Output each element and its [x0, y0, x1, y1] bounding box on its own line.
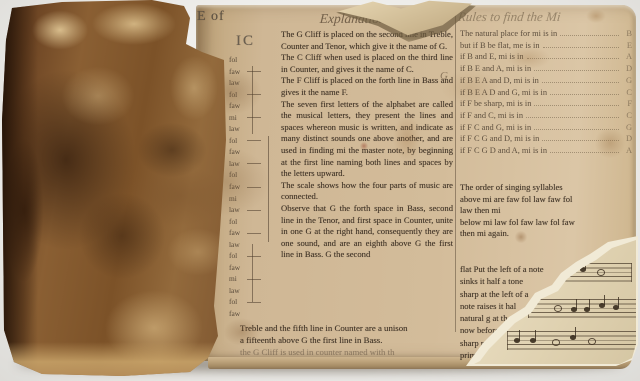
rule-letter: A [622, 145, 632, 157]
rule-leader [542, 140, 619, 141]
rule-row: The natural place for mi is inB [460, 28, 632, 40]
book-photograph: E of IC folfawlawfolfawmilawfolfawlawfol… [0, 0, 640, 381]
music-note [613, 305, 619, 310]
scale-syllable: fol [229, 54, 255, 66]
rule-leader [550, 94, 619, 95]
rule-text: The natural place for mi is in [460, 28, 557, 40]
rule-leader [560, 35, 619, 36]
rule-text: if F C and G, mi is in [460, 122, 531, 134]
column-divider [455, 12, 456, 332]
rule-letter: E [622, 40, 632, 52]
music-note [530, 338, 536, 343]
leather-cover [2, 0, 230, 378]
scale-ladder-line [268, 136, 269, 242]
rule-row: if F be sharp, mi is inF [460, 98, 632, 110]
music-note [552, 339, 560, 346]
rule-row: if F C G D and A, mi is inA [460, 145, 632, 157]
rule-row: if F C G and D, mi is inD [460, 133, 632, 145]
rule-row: if B E A D and G, mi is inC [460, 87, 632, 99]
rule-letter: F [622, 98, 632, 110]
music-note [570, 335, 576, 340]
scale-syllable: fol [229, 216, 255, 228]
music-note [571, 307, 577, 312]
rule-leader [550, 152, 619, 153]
scale-syllable: law [229, 204, 255, 216]
rule-leader [527, 58, 619, 59]
ladder-tick [247, 71, 261, 72]
ladder-tick [247, 210, 261, 211]
order-of-syllables-line: The order of singing syllables [460, 182, 632, 194]
rule-text: if F C G D and A, mi is in [460, 145, 547, 157]
ladder-tick [247, 233, 261, 234]
music-note [588, 338, 596, 345]
music-staff [507, 331, 637, 350]
scale-syllable: faw [229, 181, 255, 193]
rule-letter: D [622, 133, 632, 145]
music-note [597, 269, 605, 276]
scale-syllable: faw [229, 227, 255, 239]
scale-ladder-line [252, 66, 253, 134]
order-of-syllables: The order of singing syllablesabove mi a… [460, 182, 632, 240]
rule-leader [534, 129, 619, 130]
explanation-paragraph: The C Cliff when used is placed on the t… [281, 52, 453, 75]
accidentals-line: flat Put the left of a note [460, 263, 572, 275]
scale-syllable: faw [229, 146, 255, 158]
book-spine [2, 0, 38, 378]
explanation-text: The G Cliff is placed on the second line… [281, 29, 453, 261]
ladder-tick [247, 256, 261, 257]
rule-leader [534, 105, 619, 106]
order-of-syllables-line: above mi are faw fol law faw fol [460, 194, 632, 206]
ladder-tick [247, 279, 261, 280]
order-of-syllables-line: law then mi [460, 205, 632, 217]
order-of-syllables-line: below mi law fol faw law fol faw [460, 217, 632, 229]
music-note [514, 338, 520, 343]
rules-heading: Rules to find the Mi [457, 9, 639, 25]
ladder-tick [247, 187, 261, 188]
rule-letter: D [622, 63, 632, 75]
scale-syllable: fol [229, 169, 255, 181]
rule-letter: B [622, 28, 632, 40]
order-of-syllables-line: then mi again. [460, 228, 632, 240]
ladder-tick [247, 94, 261, 95]
rule-row: if F C and G, mi is inG [460, 122, 632, 134]
rule-text: if F and C, mi is in [460, 110, 523, 122]
music-note [599, 303, 605, 308]
scale-ladder-line [252, 244, 253, 302]
scale-syllable: law [229, 158, 255, 170]
rule-text: if F be sharp, mi is in [460, 98, 531, 110]
rule-text: but if B be flat, me is in [460, 40, 540, 52]
ladder-tick [247, 163, 261, 164]
explanation-paragraph: The F Cliff is placed on the forth line … [281, 75, 453, 98]
scale-syllable: mi [229, 193, 255, 205]
rule-leader [534, 70, 619, 71]
page-title-fragment-1: E of [197, 9, 225, 25]
music-note [584, 307, 590, 312]
rule-letter: G [622, 75, 632, 87]
rule-text: if B E A and D, mi is in [460, 75, 539, 87]
rule-leader [542, 82, 619, 83]
music-staff [528, 299, 638, 318]
rule-letter: G [622, 122, 632, 134]
music-note [554, 305, 562, 312]
scale-syllable: faw [229, 308, 255, 320]
rule-leader [526, 117, 619, 118]
ladder-tick [247, 117, 261, 118]
rule-row: if B E A and D, mi is inG [460, 75, 632, 87]
ladder-tick [247, 140, 261, 141]
explanation-paragraph: Observe that G the forth space in Bass, … [281, 203, 453, 261]
rule-row: if F and C, mi is inC [460, 110, 632, 122]
cover-bottom-edge [6, 342, 218, 378]
rule-letter: C [622, 110, 632, 122]
ladder-tick [247, 302, 261, 303]
scale-syllable: fol [229, 135, 255, 147]
explanation-paragraph: The scale shows how the four parts of mu… [281, 180, 453, 203]
rule-text: if B E and A, mi is in [460, 63, 531, 75]
page-title-fragment-2: IC [236, 33, 255, 50]
rules-to-find-mi-list: The natural place for mi is inBbut if B … [460, 28, 632, 157]
catchword-g: G [440, 70, 448, 82]
rule-letter: C [622, 87, 632, 99]
rule-row: if B and E, mi is inA [460, 51, 632, 63]
rule-leader [543, 47, 619, 48]
explanation-paragraph: The seven first letters of the alphabet … [281, 99, 453, 180]
rule-text: if B E A D and G, mi is in [460, 87, 547, 99]
rule-row: if B E and A, mi is inD [460, 63, 632, 75]
rule-text: if B and E, mi is in [460, 51, 524, 63]
rule-text: if F C G and D, mi is in [460, 133, 539, 145]
rule-row: but if B be flat, me is inE [460, 40, 632, 52]
rule-letter: A [622, 51, 632, 63]
